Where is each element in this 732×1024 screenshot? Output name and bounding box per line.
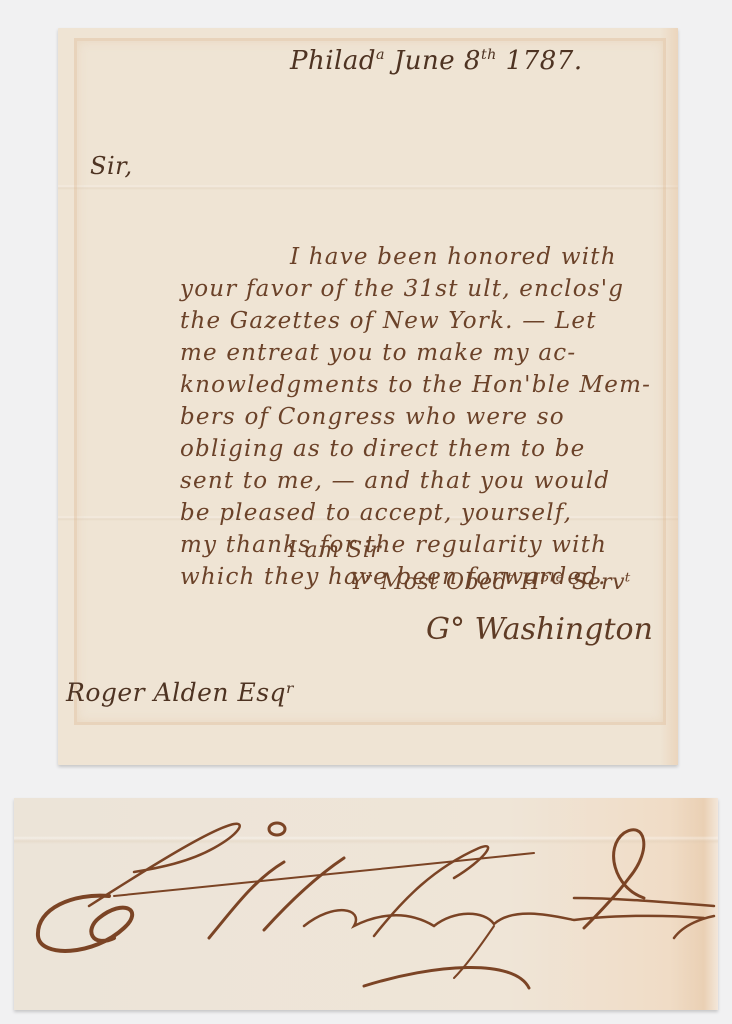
salutation: Sir, bbox=[90, 152, 133, 180]
body-line: sent to me, — and that you would bbox=[180, 468, 610, 494]
addressee: Roger Alden Esqʳ bbox=[66, 678, 295, 707]
body-line: bers of Congress who were so bbox=[180, 404, 565, 430]
closing-line: I am Sir bbox=[288, 538, 381, 563]
body-line: knowledgments to the Hon'ble Mem- bbox=[180, 372, 651, 398]
dateline-day-sup: th bbox=[481, 47, 497, 63]
closing-complimentary: Yʳ Most Obedᵗ Hᵇˡᵉ Servᵗ bbox=[350, 570, 631, 595]
dateline-month: June bbox=[394, 46, 455, 76]
dateline-place: Philad bbox=[290, 46, 376, 76]
body-line: my thanks for the regularity with bbox=[180, 532, 607, 558]
dateline: Philada June 8th 1787. bbox=[290, 46, 583, 76]
body-line: the Gazettes of New York. — Let bbox=[180, 308, 597, 334]
signature-flourish-icon bbox=[14, 798, 718, 1010]
dateline-place-sup: a bbox=[376, 47, 385, 63]
body-line: obliging as to direct them to be bbox=[180, 436, 585, 462]
body-line: be pleased to accept, yourself, bbox=[180, 500, 572, 526]
body-line: I have been honored with bbox=[290, 244, 617, 270]
page: Philada June 8th 1787. Sir, I have been … bbox=[0, 0, 732, 1024]
body-line: your favor of the 31st ult, enclos'g bbox=[180, 276, 624, 302]
letter-sheet: Philada June 8th 1787. Sir, I have been … bbox=[58, 28, 678, 765]
dateline-day: 8 bbox=[464, 46, 481, 76]
paper-edge-tint bbox=[660, 28, 678, 765]
dateline-year: 1787. bbox=[506, 46, 583, 76]
signature-detail-strip bbox=[14, 798, 718, 1010]
letter-signature: G° Washington bbox=[426, 612, 653, 647]
body-line: me entreat you to make my ac- bbox=[180, 340, 576, 366]
